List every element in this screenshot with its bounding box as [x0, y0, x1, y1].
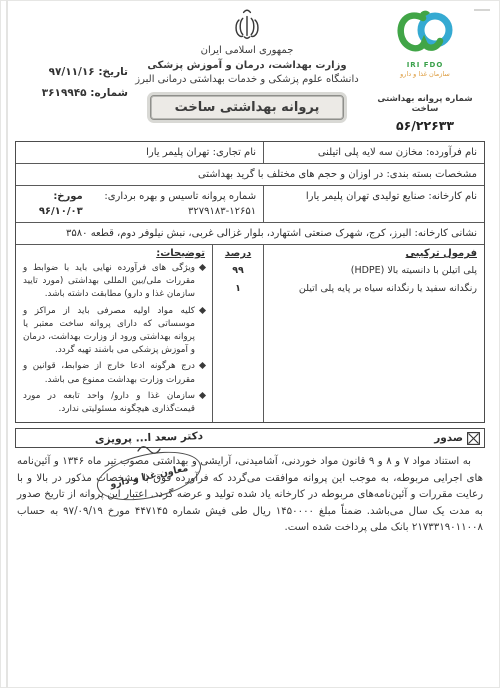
- percent-value: ۹۹: [217, 262, 259, 280]
- health-license-document: IRI FDO سازمان غذا و دارو شماره پروانه ب…: [0, 0, 500, 688]
- document-header: IRI FDO سازمان غذا و دارو شماره پروانه ب…: [0, 0, 500, 134]
- scan-edge-line: [6, 0, 8, 688]
- diamond-bullet-icon: [195, 262, 205, 302]
- packaging-cell: مشخصات بسته بندی: در اوزان و حجم های مخت…: [16, 164, 484, 185]
- date-value: ۹۷/۱۱/۱۶: [49, 62, 95, 83]
- table-row: نام کارخانه: صنایع تولیدی تهران پلیمر یا…: [16, 185, 484, 222]
- iran-emblem-icon: [128, 8, 366, 44]
- composition-row: فرمول ترکیبی پلی اتیلن با دانسیته بالا (…: [16, 244, 484, 422]
- deputy-stamp-text: معاون غذا و دارو: [109, 462, 189, 489]
- notes-header: توضیحات:: [23, 248, 205, 259]
- establishment-license-cell: شماره پروانه تاسیس و بهره برداری: ۳۲۷۹۱۸…: [16, 186, 263, 222]
- number-label: شماره:: [90, 87, 128, 99]
- percent-value: ۱: [217, 280, 259, 298]
- license-number-label: شماره پروانه بهداشتی ساخت: [366, 94, 484, 114]
- establishment-license-text: شماره پروانه تاسیس و بهره برداری: ۳۲۷۹۱۸…: [83, 189, 256, 219]
- note-item: درج هرگونه ادعا خارج از ضوابط، قوانین و …: [23, 360, 205, 386]
- license-type-stamp: پروانه بهداشتی ساخت: [150, 95, 345, 120]
- diamond-bullet-icon: [195, 305, 205, 358]
- table-row: نشانی کارخانه: البرز، کرج، شهرک صنعتی اش…: [16, 222, 484, 244]
- header-center: جمهوری اسلامی ایران وزارت بهداشت، درمان …: [128, 8, 366, 134]
- formula-item: پلی اتیلن با دانسیته بالا (HDPE): [271, 262, 477, 280]
- factory-address-cell: نشانی کارخانه: البرز، کرج، شهرک صنعتی اش…: [16, 223, 484, 244]
- product-info-table: نام فرآورده: مخازن سه لایه پلی اتیلنی نا…: [15, 141, 485, 423]
- establishment-license-value: ۳۲۷۹۱۸۳-۱۲۶۵۱: [188, 204, 256, 219]
- ministry-title: وزارت بهداشت، درمان و آموزش پزشکی: [128, 59, 366, 74]
- signature-block: دکتر سعد ا... پرویزی معاون غذا و دارو: [84, 432, 214, 498]
- date-number-block: تاریخ: ۹۷/۱۱/۱۶ شماره: ۳۶۱۹۹۴۵: [16, 8, 128, 134]
- university-title: دانشگاه علوم پزشکی و خدمات بهداشتی درمان…: [128, 73, 366, 88]
- diamond-bullet-icon: [195, 390, 205, 416]
- trade-name-cell: نام تجاری: تهران پلیمر یارا: [16, 142, 263, 163]
- number-row: شماره: ۳۶۱۹۹۴۵: [16, 83, 128, 104]
- diamond-bullet-icon: [195, 360, 205, 386]
- formula-item: رنگدانه سفید یا رنگدانه سیاه بر پایه پلی…: [271, 280, 477, 298]
- note-item: ویژگی های فرآورده نهایی باید با ضوابط و …: [23, 262, 205, 302]
- establishment-license-label: شماره پروانه تاسیس و بهره برداری:: [104, 191, 256, 202]
- note-text: کلیه مواد اولیه مصرفی باید از مراکز و مو…: [23, 305, 195, 358]
- percent-header: درصد: [217, 248, 259, 259]
- formula-header: فرمول ترکیبی: [271, 248, 477, 259]
- date-row: تاریخ: ۹۷/۱۱/۱۶: [16, 62, 128, 83]
- license-number-value: ۵۶/۲۲۶۳۳: [396, 118, 454, 133]
- country-title: جمهوری اسلامی ایران: [128, 44, 366, 59]
- table-row: مشخصات بسته بندی: در اوزان و حجم های مخت…: [16, 163, 484, 185]
- note-text: سازمان غذا و دارو/ واحد تابعه در مورد قی…: [23, 390, 195, 416]
- establishment-date-value: ۹۶/۱۰/۰۳: [39, 204, 83, 219]
- note-item: کلیه مواد اولیه مصرفی باید از مراکز و مو…: [23, 305, 205, 358]
- issuance-checkbox[interactable]: [467, 432, 480, 445]
- note-item: سازمان غذا و دارو/ واحد تابعه در مورد قی…: [23, 390, 205, 416]
- factory-name-cell: نام کارخانه: صنایع تولیدی تهران پلیمر یا…: [263, 186, 484, 222]
- fold-mark: [474, 9, 490, 11]
- percent-column: درصد ۹۹ ۱: [212, 245, 263, 422]
- notes-column: توضیحات: ویژگی های فرآورده نهایی باید با…: [16, 245, 212, 422]
- table-row: نام فرآورده: مخازن سه لایه پلی اتیلنی نا…: [16, 142, 484, 163]
- fdo-caption-en: IRI FDO: [366, 61, 484, 69]
- product-name-cell: نام فرآورده: مخازن سه لایه پلی اتیلنی: [263, 142, 484, 163]
- formula-column: فرمول ترکیبی پلی اتیلن با دانسیته بالا (…: [263, 245, 484, 422]
- number-value: ۳۶۱۹۹۴۵: [42, 83, 87, 104]
- note-text: درج هرگونه ادعا خارج از ضوابط، قوانین و …: [23, 360, 195, 386]
- issuance-label: صدور: [434, 432, 463, 444]
- fdo-block: IRI FDO سازمان غذا و دارو شماره پروانه ب…: [366, 8, 484, 134]
- fdo-caption-fa: سازمان غذا و دارو: [366, 70, 484, 78]
- date-label: تاریخ:: [98, 66, 128, 78]
- establishment-date-label: مورخ:: [53, 191, 82, 202]
- establishment-date-text: مورخ: ۹۶/۱۰/۰۳: [23, 189, 83, 219]
- note-text: ویژگی های فرآورده نهایی باید با ضوابط و …: [23, 262, 195, 302]
